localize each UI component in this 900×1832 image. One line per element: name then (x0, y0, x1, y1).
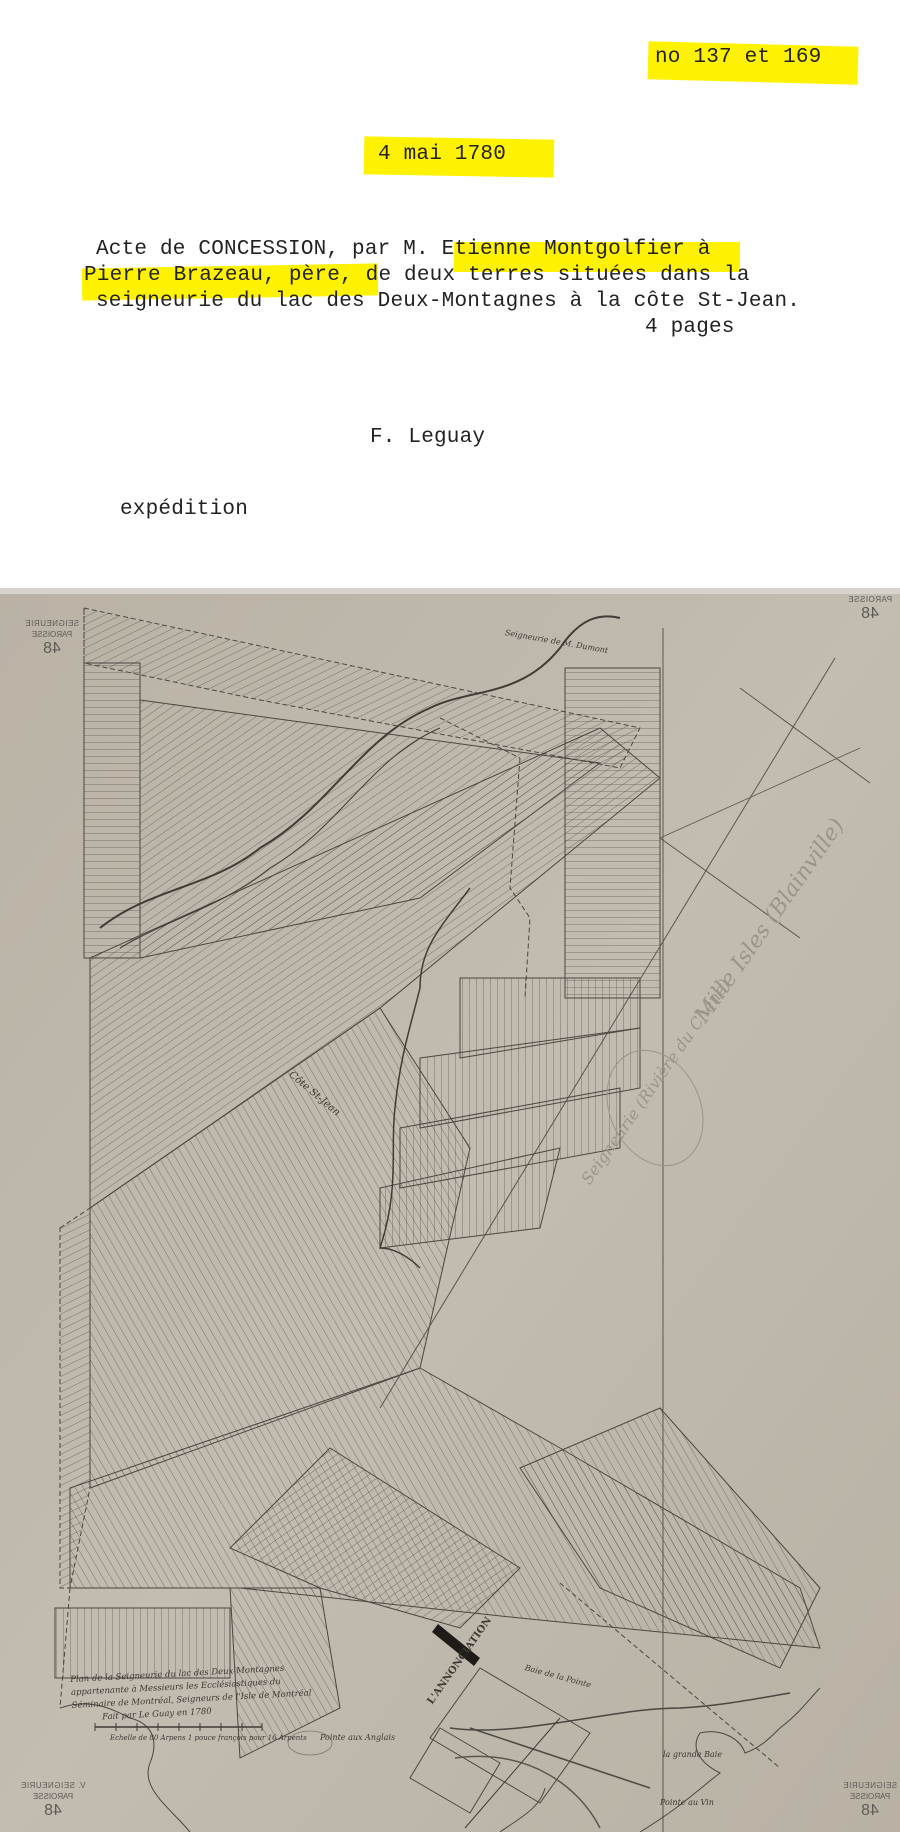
stamp-bottom-left: V. SEIGNEURIE PAROISSE 48 (18, 1780, 88, 1820)
description-line-3: seigneurie du lac des Deux-Montagnes à l… (96, 290, 800, 314)
notary-name: F. Leguay (370, 426, 485, 450)
label-grande-baie: la grande Baie (663, 1750, 722, 1759)
label-pointe-aux-anglais: Pointe aux Anglais (320, 1733, 395, 1742)
description-line-1: Acte de CONCESSION, par M. Etienne Montg… (96, 238, 711, 262)
grantor-name: M. Etienne Montgolfier (403, 238, 685, 261)
label-pointe-au-vin: Pointe au Vin (660, 1798, 714, 1807)
grantee-name: Pierre Brazeau, père (84, 264, 340, 287)
seigneurie-map: SEIGNEURIE PAROISSE 48 PAROISSE 48 V. SE… (0, 588, 900, 1832)
stamp-top-right: PAROISSE 48 (845, 594, 895, 623)
document-type: expédition (120, 498, 248, 522)
page-count: 4 pages (645, 316, 735, 340)
reference-number: no 137 et 169 (655, 46, 821, 70)
cadastral-plan-drawing (0, 588, 900, 1832)
catalog-card: no 137 et 169 4 mai 1780 Acte de CONCESS… (0, 0, 900, 588)
stamp-top-left: SEIGNEURIE PAROISSE 48 (22, 618, 82, 658)
map-scale-label: Echelle de 80 Arpens 1 pouce françois po… (110, 1734, 307, 1742)
description-line-2: Pierre Brazeau, père, de deux terres sit… (84, 264, 750, 288)
deed-date: 4 mai 1780 (378, 143, 506, 167)
stamp-bottom-right: SEIGNEURIE PAROISSE 48 (840, 1780, 900, 1820)
